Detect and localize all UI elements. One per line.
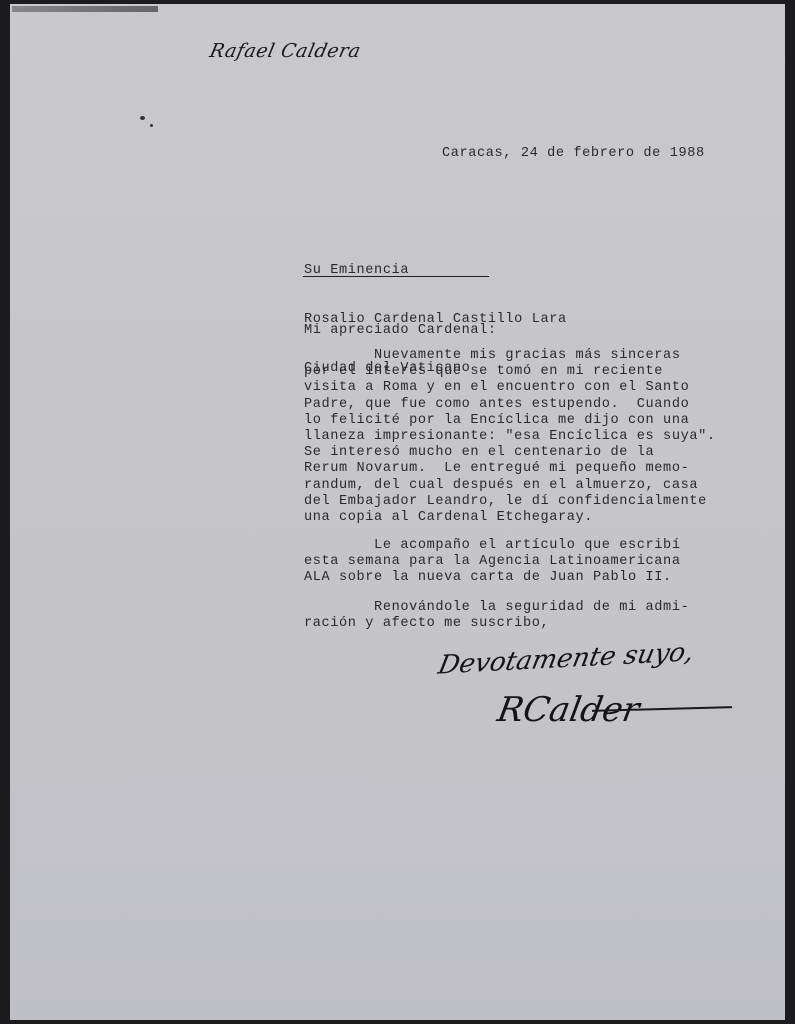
- paragraph-line: randum, del cual después en el almuerzo,…: [304, 478, 716, 494]
- paragraph-line: llaneza impresionante: "esa Encíclica es…: [304, 429, 716, 445]
- paragraph-line: esta semana para la Agencia Latinoameric…: [304, 554, 681, 570]
- paragraph-line: Rerum Novarum. Le entregué mi pequeño me…: [304, 461, 716, 477]
- body-paragraph-1: Nuevamente mis gracias más sinceraspor e…: [304, 348, 716, 526]
- page-edge-shadow: [12, 6, 158, 12]
- body-paragraph-3: Renovándole la seguridad de mi admi-raci…: [304, 600, 689, 632]
- ink-speck: [140, 116, 145, 120]
- paragraph-line: ración y afecto me suscribo,: [304, 616, 689, 632]
- paragraph-line: Nuevamente mis gracias más sinceras: [304, 348, 716, 364]
- recipient-line: Su Eminencia: [304, 263, 567, 279]
- salutation: Mi apreciado Cardenal:: [304, 323, 497, 339]
- paragraph-line: Padre, que fue como antes estupendo. Cua…: [304, 397, 716, 413]
- paragraph-line: por el interés que se tomó en mi recient…: [304, 364, 716, 380]
- paragraph-line: del Embajador Leandro, le dí confidencia…: [304, 494, 716, 510]
- date-line: Caracas, 24 de febrero de 1988: [442, 146, 705, 162]
- paragraph-line: visita a Roma y en el encuentro con el S…: [304, 380, 716, 396]
- body-paragraph-2: Le acompaño el artículo que escribíesta …: [304, 538, 681, 587]
- ink-speck: [150, 124, 153, 127]
- paragraph-line: Se interesó mucho en el centenario de la: [304, 445, 716, 461]
- paragraph-line: una copia al Cardenal Etchegaray.: [304, 510, 716, 526]
- letterhead-name: Rafael Caldera: [208, 40, 363, 62]
- paragraph-line: ALA sobre la nueva carta de Juan Pablo I…: [304, 570, 681, 586]
- paragraph-line: Le acompaño el artículo que escribí: [304, 538, 681, 554]
- paragraph-line: lo felicité por la Encíclica me dijo con…: [304, 413, 716, 429]
- paragraph-line: Renovándole la seguridad de mi admi-: [304, 600, 689, 616]
- recipient-underline: [303, 276, 489, 277]
